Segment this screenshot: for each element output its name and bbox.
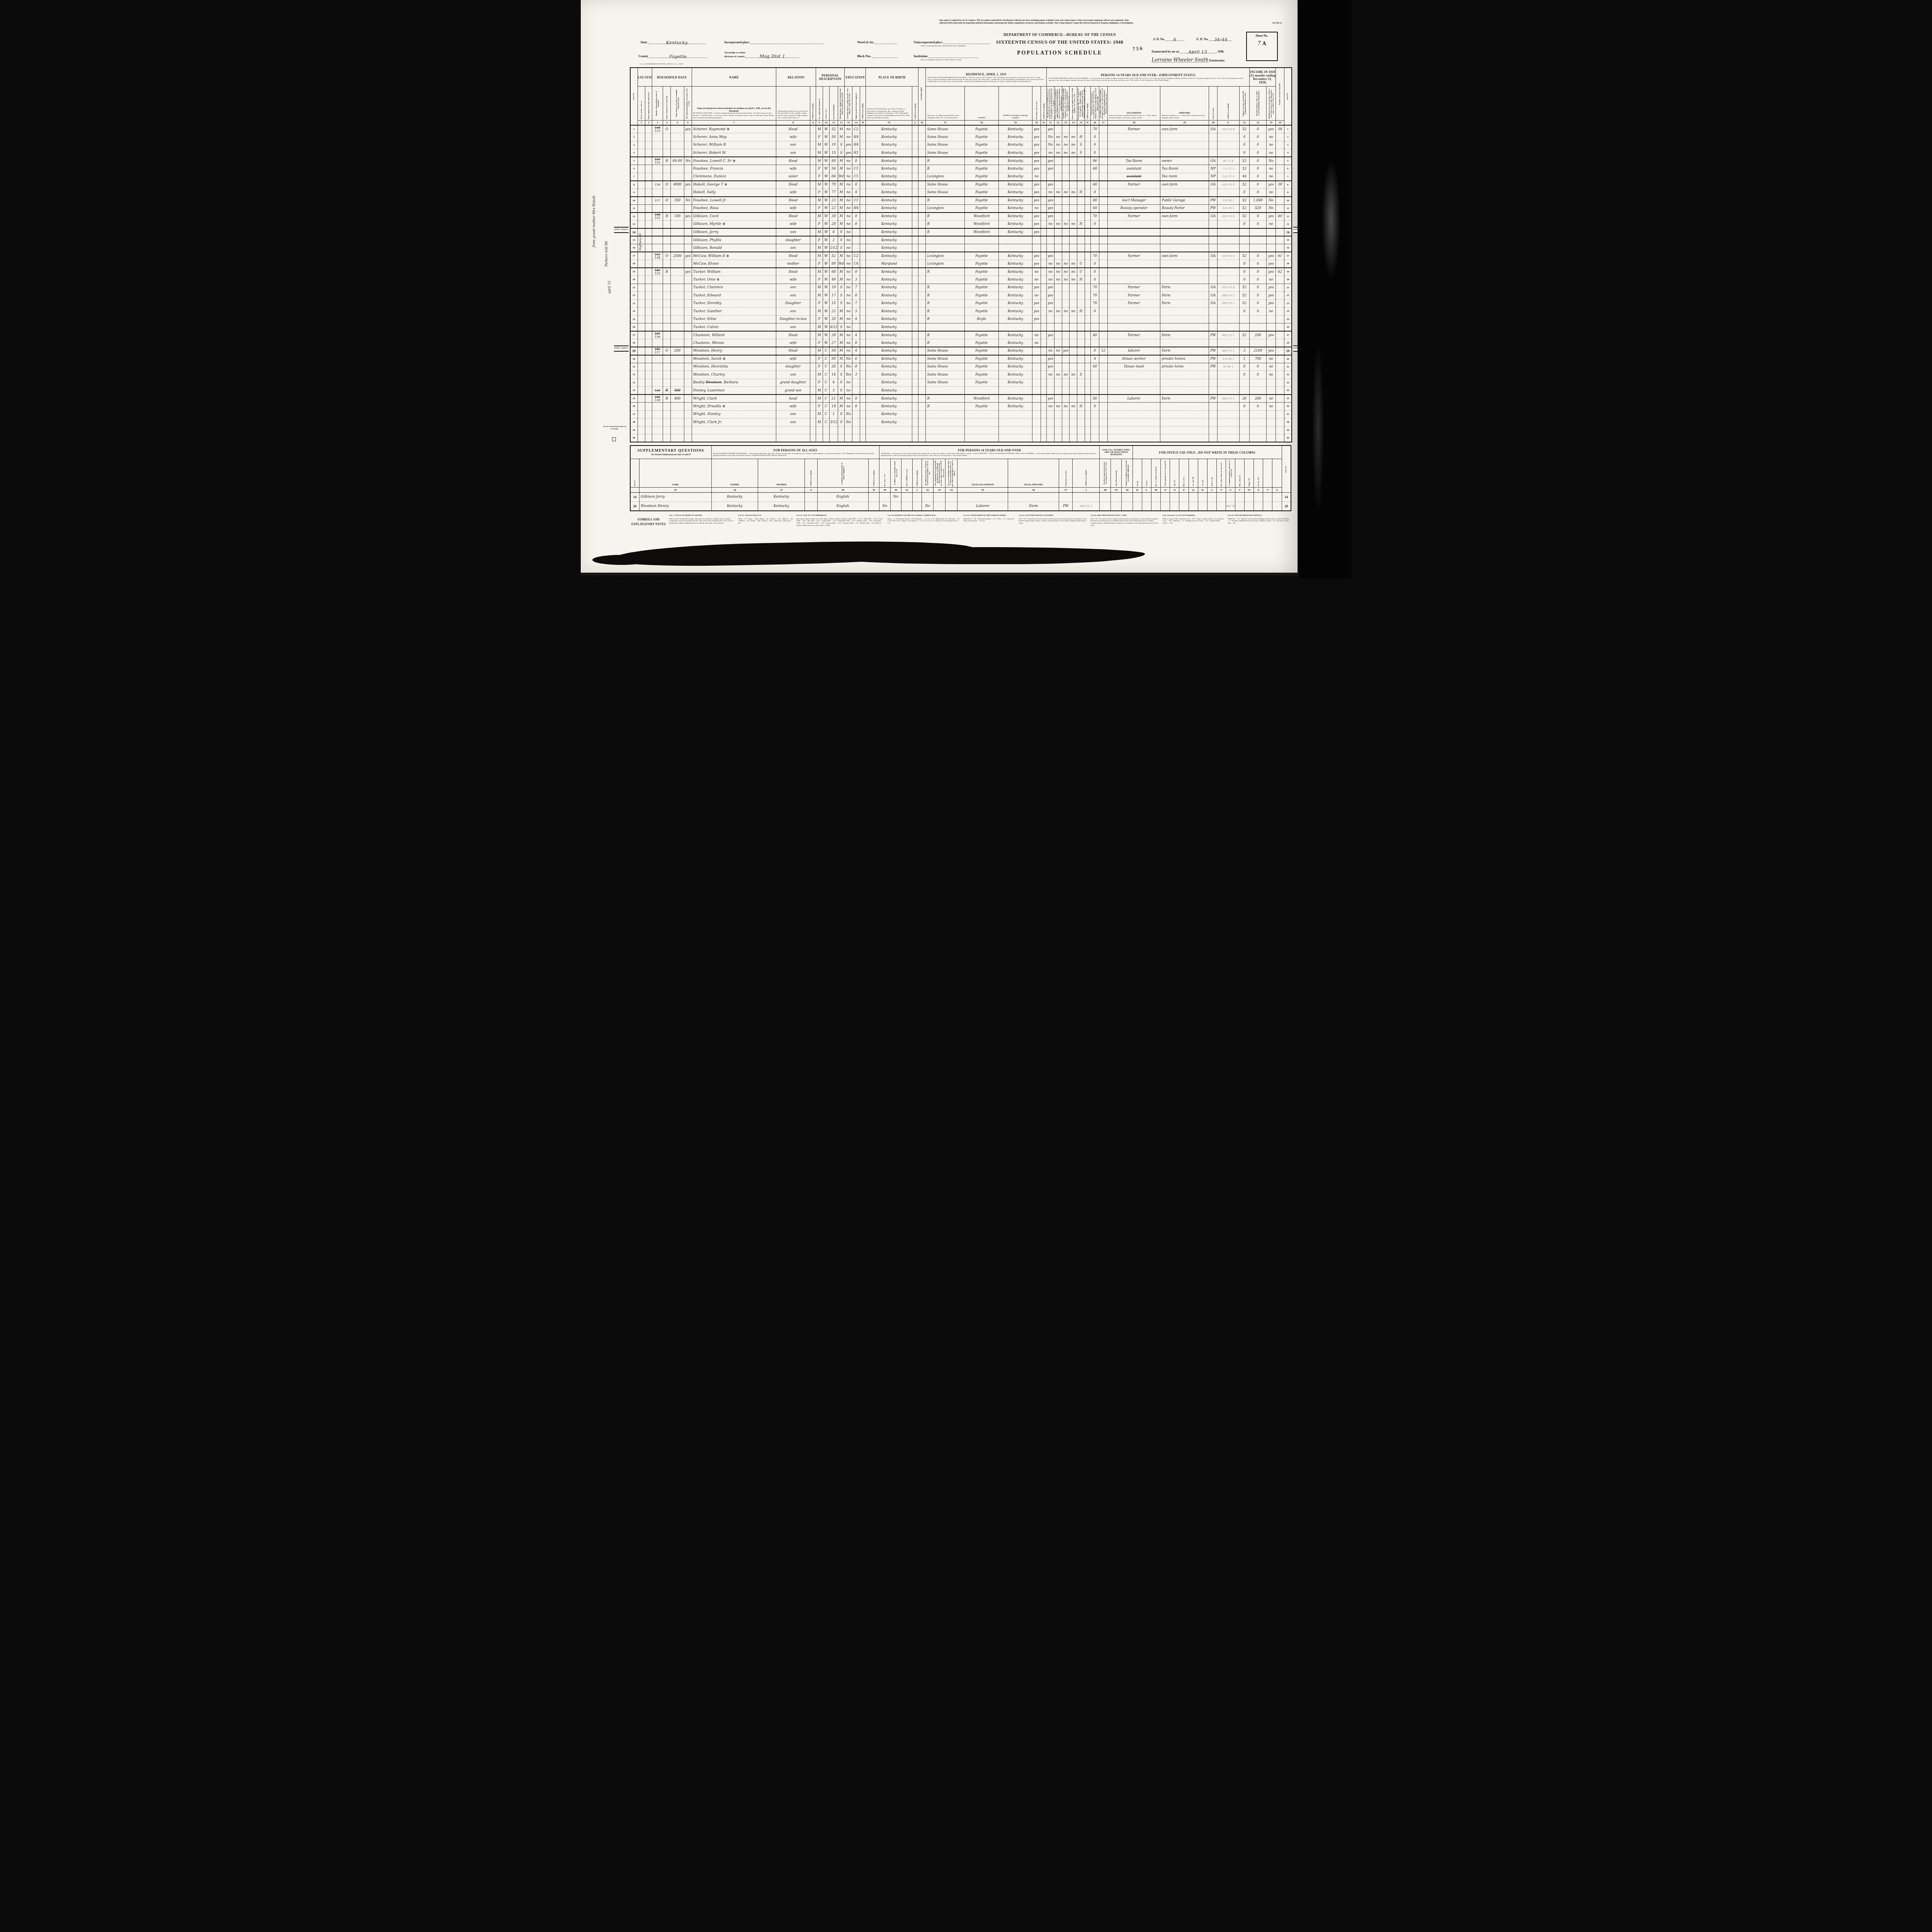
cell-oc [1107, 418, 1160, 427]
cell-name: Gilkison, Ronald [692, 244, 776, 252]
column-title: Name of each person whose usual place of… [693, 107, 775, 112]
cell-ms: S [838, 387, 845, 395]
cell-ln2: 40 [1284, 434, 1292, 442]
cell-ag: 3/12 [830, 418, 838, 427]
cell-hn [645, 228, 652, 236]
cell-sc: No [845, 363, 852, 371]
cell-cA [810, 315, 816, 323]
cell-c25 [1077, 197, 1085, 205]
cell-ms: M [838, 276, 845, 284]
cell-cit [918, 387, 926, 395]
cell-ln: 14 [630, 228, 638, 236]
cell-sc: no [845, 189, 852, 197]
cell-o1 [1142, 502, 1151, 511]
column-title: OCCUPATION [1109, 112, 1159, 115]
column-label: Line No. [633, 93, 635, 100]
cell-oi: No [1266, 197, 1276, 205]
cell-ln: 17 [630, 252, 638, 260]
cell-hn [645, 149, 652, 157]
cell-r19: Kentucky [998, 379, 1032, 387]
cell-sx: F [816, 379, 823, 387]
cell-gr: 8 [852, 157, 860, 165]
cell-c22: no [1054, 276, 1062, 284]
cell-hh: 137 [652, 197, 663, 205]
cell-cit [918, 141, 926, 149]
cell-ln2: 28 [1284, 339, 1292, 347]
col-header-n35: NAME [639, 459, 712, 487]
sd-field: S. D. No. 6 [1153, 37, 1184, 41]
cell-st [638, 434, 645, 442]
cell-ra: W [823, 197, 830, 205]
col-number-o12: W [1245, 487, 1254, 492]
cell-ms: M [838, 331, 845, 339]
cell-hh: 141136 [652, 331, 663, 339]
cell-cE [1085, 308, 1090, 316]
cell-wk: 26 [1239, 395, 1249, 403]
cell-st [638, 181, 645, 189]
cell-wg [1250, 426, 1267, 434]
cell-gr [852, 434, 860, 442]
cell-hn [645, 133, 652, 141]
cell-c24: no [1070, 371, 1077, 379]
cell-r19: Kentucky [998, 347, 1032, 355]
col-number-c23: 23 [1062, 120, 1070, 125]
cell-pb: Kentucky [866, 395, 912, 403]
cell-c24 [1070, 252, 1077, 260]
county-field: County Fayette [639, 54, 707, 58]
cell-r18: Fayette [965, 403, 999, 411]
cell-or [663, 410, 671, 418]
col-number-cit: 16 [918, 120, 926, 125]
cell-cit [918, 149, 926, 157]
cell-cB [860, 347, 866, 355]
cell-c46 [1008, 492, 1059, 502]
cell-cit [918, 331, 926, 339]
cell-c21: yes [1047, 181, 1054, 189]
cell-c24: no [1070, 308, 1077, 316]
township-value: Mag Dist 1 [760, 54, 785, 59]
cell-l38: English [817, 502, 868, 511]
cell-r20 [1032, 236, 1041, 244]
cell-h26: 70 [1091, 252, 1099, 260]
cell-cit [918, 252, 926, 260]
cell-rel: grand son [776, 387, 810, 395]
cell-h26 [1091, 379, 1099, 387]
cell-c40: No [890, 492, 901, 502]
cell-cD [1041, 228, 1046, 236]
cell-pb: Kentucky [866, 387, 912, 395]
cell-r17: Same House [926, 133, 965, 141]
col-header-o6: Gr. com. (B) [1189, 459, 1198, 487]
cell-wg: 0 [1250, 125, 1267, 133]
cell-cB [860, 244, 866, 252]
cell-cC [912, 347, 918, 355]
cell-ra: W [823, 165, 830, 173]
cell-sc: no [845, 244, 852, 252]
cell-rel: son [776, 308, 810, 316]
cell-ag: 79 [830, 181, 838, 189]
cell-r18: Fayette [965, 204, 999, 213]
cell-sx: F [816, 173, 823, 181]
cell-oc [1107, 149, 1160, 157]
cell-val [670, 276, 684, 284]
cell-c24 [1070, 228, 1077, 236]
cell-wg: 0 [1250, 173, 1267, 181]
cell-gr [852, 379, 860, 387]
cell-c23 [1062, 292, 1070, 300]
cell-ms: S [838, 323, 845, 332]
cell-r20: yes [1032, 197, 1041, 205]
cell-ra: W [823, 157, 830, 165]
cell-r19: Kentucky [998, 220, 1032, 228]
col-number-r20: 20 [1032, 120, 1041, 125]
cell-cE [1085, 149, 1090, 157]
col-number-o13: X [1254, 487, 1263, 492]
cell-r20 [1032, 387, 1041, 395]
cell-ra: C [823, 418, 830, 427]
cell-sc: no [845, 252, 852, 260]
cell-c21: no [1047, 308, 1054, 316]
group-label: LOCATION [638, 75, 652, 79]
cell-oi [1266, 434, 1276, 442]
cell-sx: F [816, 260, 823, 268]
note-col14-title: Col. 14. HIGHEST GRADE OF SCHOOL COMPLET… [888, 515, 961, 517]
cell-oi: No [1266, 157, 1276, 165]
cell-cF: 156 84 1 [1218, 197, 1240, 205]
note-col5-text: Where owner's household occupies only a … [669, 518, 734, 524]
cell-cit [918, 228, 926, 236]
cell-gr: 4 [852, 347, 860, 355]
cell-ln: 39 [630, 426, 638, 434]
column-label: Street, avenue, road, etc. [640, 100, 642, 119]
cell-ln2: 2 [1284, 133, 1292, 141]
cell-ra: W [823, 308, 830, 316]
cell-ind [1160, 308, 1209, 316]
cell-st [638, 133, 645, 141]
cell-name: Scherer, Anna May [692, 133, 776, 141]
supplementary-title-text: SUPPLEMENTARY QUESTIONS [631, 449, 711, 453]
cell-cD [1041, 252, 1046, 260]
cell-cG [805, 492, 818, 502]
cell-c23 [1062, 228, 1070, 236]
cell-val: 60.00 [670, 157, 684, 165]
cell-cE [1085, 339, 1090, 347]
cell-oc [1107, 220, 1160, 228]
cell-val [670, 403, 684, 411]
cell-sc: no [845, 157, 852, 165]
cell-cw: PW [1209, 355, 1218, 363]
cell-ag: 50 [830, 355, 838, 363]
col-header-oi: Did this person receive income of $50 or… [1266, 86, 1276, 120]
ed-label: E. D. No. [1197, 37, 1209, 41]
cell-sc: no [845, 220, 852, 228]
cell-cF [1218, 244, 1240, 252]
cell-ln2: 18 [1284, 260, 1292, 268]
col-header-l38: Language spoken in home in earliest chil… [817, 459, 868, 487]
cell-hn [645, 395, 652, 403]
cell-sc: no [845, 197, 852, 205]
supplementary-subtitle: For Persons Enumerated on Lines 14 and 2… [631, 454, 711, 456]
cell-cF: 520 86 1 [1218, 355, 1240, 363]
cell-c25 [1077, 347, 1085, 355]
cell-cw: PW [1209, 347, 1218, 355]
cell-hh: 143138 [652, 395, 663, 403]
cell-c24 [1070, 197, 1077, 205]
cell-ms: Wd [838, 173, 845, 181]
cell-val [670, 426, 684, 434]
group-header-gname: NAME [692, 68, 776, 86]
group-header-over14: FOR PERSONS 14 YEARS OLD AND OVERVETERAN… [879, 446, 1100, 459]
cell-val [670, 244, 684, 252]
cell-rel: son [776, 418, 810, 427]
cell-cC [912, 125, 918, 133]
cell-sx: M [816, 228, 823, 236]
cell-hh [652, 379, 663, 387]
cell-st [638, 228, 645, 236]
person-row: 3Scherer, William RsonMW19SyesH4Kentucky… [630, 141, 1292, 149]
cell-st [638, 276, 645, 284]
cell-fs [1276, 434, 1284, 442]
cell-st [638, 315, 645, 323]
cell-ra: W [823, 315, 830, 323]
cell-cB [860, 387, 866, 395]
cell-fm [684, 339, 692, 347]
cell-cw: OA [1209, 252, 1218, 260]
cell-ag: 77 [830, 189, 838, 197]
cell-m37: Kentucky [758, 502, 805, 511]
enumerator-signature: Lorraine Wheeler Smith [1152, 57, 1209, 63]
cell-r17 [926, 236, 965, 244]
cell-fm: yes [684, 252, 692, 260]
cell-hn [645, 299, 652, 308]
cell-wk [1239, 244, 1249, 252]
cell-fs [1276, 244, 1284, 252]
cell-oi: no [1266, 149, 1276, 157]
cell-c24 [1070, 426, 1077, 434]
cell-ms: M [838, 403, 845, 411]
cell-ln: 2 [630, 133, 638, 141]
group-label: PERSONAL DESCRIPTION [816, 73, 844, 81]
person-row: 25Tucker, EdnaDaughter-in-lawFW20Mno4Ken… [630, 315, 1292, 323]
cell-r19: Kentucky [998, 260, 1032, 268]
cell-oi: No [1266, 204, 1276, 213]
cell-fs [1276, 133, 1284, 141]
col-number-c42: 42 [922, 487, 934, 492]
cell-ra: C [823, 403, 830, 411]
cell-cD [1041, 181, 1046, 189]
col-number-cw: 30 [1209, 120, 1218, 125]
cell-rel: wife [776, 220, 810, 228]
cell-ln: 28 [630, 339, 638, 347]
cell-c21: yes [1047, 204, 1054, 213]
cell-cD [1041, 371, 1046, 379]
cell-ind [1160, 339, 1209, 347]
cell-c25 [1077, 315, 1085, 323]
cell-ra: C [823, 371, 830, 379]
column-label: Cit. (16) [1202, 480, 1204, 486]
group-header-women: FOR ALL WOMEN WHO ARE OR HAVE BEEN MARRI… [1100, 446, 1133, 459]
cell-r17: R [926, 395, 965, 403]
cell-c25: U [1077, 268, 1085, 276]
col-header-c21: Was this person AT WORK for pay or profi… [1047, 86, 1054, 120]
cell-ln2: 37 [1284, 410, 1292, 418]
cell-h26: 96 [1091, 157, 1099, 165]
cell-cE [1085, 299, 1090, 308]
cell-hh [652, 299, 663, 308]
cell-sx: M [816, 125, 823, 133]
cell-sc: no [845, 292, 852, 300]
cell-hn [645, 260, 652, 268]
cell-c44 [946, 492, 957, 502]
cell-ind [1160, 268, 1209, 276]
cell-cA [810, 125, 816, 133]
cell-or [663, 434, 671, 442]
cell-or: O [663, 252, 671, 260]
cell-fs [1276, 331, 1284, 339]
ward-field: Ward of city [857, 40, 897, 44]
cell-ag: 66 [830, 173, 838, 181]
col-number-c25: 25 [1077, 120, 1085, 125]
col-number-o8: S [1207, 487, 1216, 492]
cell-ind [1160, 133, 1209, 141]
cell-fm [684, 189, 692, 197]
column-label: COUNTY [965, 116, 998, 120]
cell-ag: 22 [830, 204, 838, 213]
col-number-cJ: J [1073, 487, 1100, 492]
cell-c21 [1047, 323, 1054, 332]
cell-ra: W [823, 181, 830, 189]
col-number-cC: C [912, 120, 918, 125]
column-label: Line No. [634, 480, 636, 486]
cell-oi: no [1266, 173, 1276, 181]
cell-oi [1266, 228, 1276, 236]
col-header-gr: Highest grade of school completed [852, 86, 860, 120]
col-number-o1: L [1142, 487, 1151, 492]
cell-r19: Kentucky [998, 157, 1032, 165]
cell-oi: yes [1266, 181, 1276, 189]
cell-r18 [965, 387, 999, 395]
cell-fm: yes [684, 213, 692, 221]
cell-ind: Tea Room [1160, 165, 1209, 173]
cell-ln2s: 29 [1282, 502, 1291, 511]
cell-o0 [1133, 502, 1142, 511]
cell-d27 [1099, 371, 1107, 379]
cell-c23: no [1062, 133, 1070, 141]
col-number-o14: Y [1263, 487, 1272, 492]
group-label: FOR PERSONS 14 YEARS OLD AND OVER [879, 448, 1099, 452]
person-row: 35143138R400Wright, ClarkheadMC21Mno8Ken… [630, 395, 1292, 403]
cell-c22: no [1054, 220, 1062, 228]
cell-rel: Head [776, 125, 810, 133]
note-col11-text: Enter age of children born on or after A… [796, 518, 883, 527]
cell-wk [1239, 426, 1249, 434]
cell-r17: R [926, 339, 965, 347]
cell-ms: S [838, 410, 845, 418]
cell-cF [1218, 260, 1240, 268]
cell-fm [684, 387, 692, 395]
cell-cA [810, 323, 816, 332]
cell-fs [1276, 260, 1284, 268]
cell-cit [918, 339, 926, 347]
person-row: 6Foushee, FranciswifeFW54MnoC1KentuckyRF… [630, 165, 1292, 173]
supp-table-body: 14Gilkison JerryKentuckyKentuckyEnglishN… [630, 492, 1291, 511]
cell-pb: Kentucky [866, 308, 912, 316]
cell-ms: M [838, 339, 845, 347]
cell-st [638, 292, 645, 300]
cell-r20 [1032, 355, 1041, 363]
cell-oc: assistant [1107, 165, 1160, 173]
cell-rel: son [776, 149, 810, 157]
cell-wg: 700 [1250, 355, 1267, 363]
cell-ra: W [823, 252, 830, 260]
cell-rel [776, 434, 810, 442]
person-row: 13Gilkison, Myrtle ⊗wifeFW28Mno8Kentucky… [630, 220, 1292, 228]
cell-c22: no [1054, 347, 1062, 355]
cell-cD [1041, 157, 1046, 165]
cell-sc: no [845, 268, 852, 276]
column-label: Occupation, industry, and class of worke… [1228, 460, 1232, 486]
col-number-c45: 45 [957, 487, 1008, 492]
cell-ind [1160, 426, 1209, 434]
cell-c23 [1062, 213, 1070, 221]
cell-cA [810, 395, 816, 403]
col-number-fs: 34 [1276, 120, 1284, 125]
column-label: CODE (Leave blank) [916, 470, 918, 486]
cell-rel: Head [776, 252, 810, 260]
col-header-sc: Attended school or college any time sinc… [845, 86, 852, 120]
scan-edge-right [1298, 0, 1352, 578]
cell-cE [1085, 331, 1090, 339]
column-label: Usual class of worker [1065, 470, 1067, 486]
note-col24-text: Enter "Yes" for a person (not seeking wo… [1090, 518, 1158, 527]
cell-ms: S [838, 418, 845, 427]
cell-oc [1107, 244, 1160, 252]
col-header-o15 [1272, 459, 1282, 487]
cell-cA [810, 236, 816, 244]
cell-rel: Head [776, 331, 810, 339]
cell-sc: no [845, 284, 852, 292]
cell-cw: PW [1209, 197, 1218, 205]
cell-wg [1250, 418, 1267, 427]
cell-pb: Maryland [866, 260, 912, 268]
col-number-c44: 44 [946, 487, 957, 492]
cell-r19: Kentucky [998, 228, 1032, 236]
group-header-location: LOCATION [638, 68, 652, 86]
cell-ra: W [823, 189, 830, 197]
cell-o5 [1179, 502, 1189, 511]
cell-cA [810, 418, 816, 427]
cell-ln2: 9 [1284, 189, 1292, 197]
cell-c23: no [1062, 189, 1070, 197]
cell-oi [1266, 244, 1276, 252]
cell-sx: M [816, 252, 823, 260]
col-number-hn: 2 [645, 120, 652, 125]
cell-gr [852, 244, 860, 252]
enumeration-date: April 13 [1188, 49, 1207, 54]
cell-hh [652, 260, 663, 268]
cell-ln2: 23 [1284, 299, 1292, 308]
cell-h26: 48 [1091, 165, 1099, 173]
col-number-o4: O [1170, 487, 1179, 492]
cell-r17: R [926, 331, 965, 339]
cell-cF: 888 VV 5 [1218, 292, 1240, 300]
cell-cE [1085, 133, 1090, 141]
col-header-cC: CODE (Leave blank) [912, 86, 918, 120]
col-number-n35: 35 [639, 487, 712, 492]
cell-wg [1250, 315, 1267, 323]
cell-r19: Kentucky [998, 197, 1032, 205]
cell-ra: W [823, 331, 830, 339]
